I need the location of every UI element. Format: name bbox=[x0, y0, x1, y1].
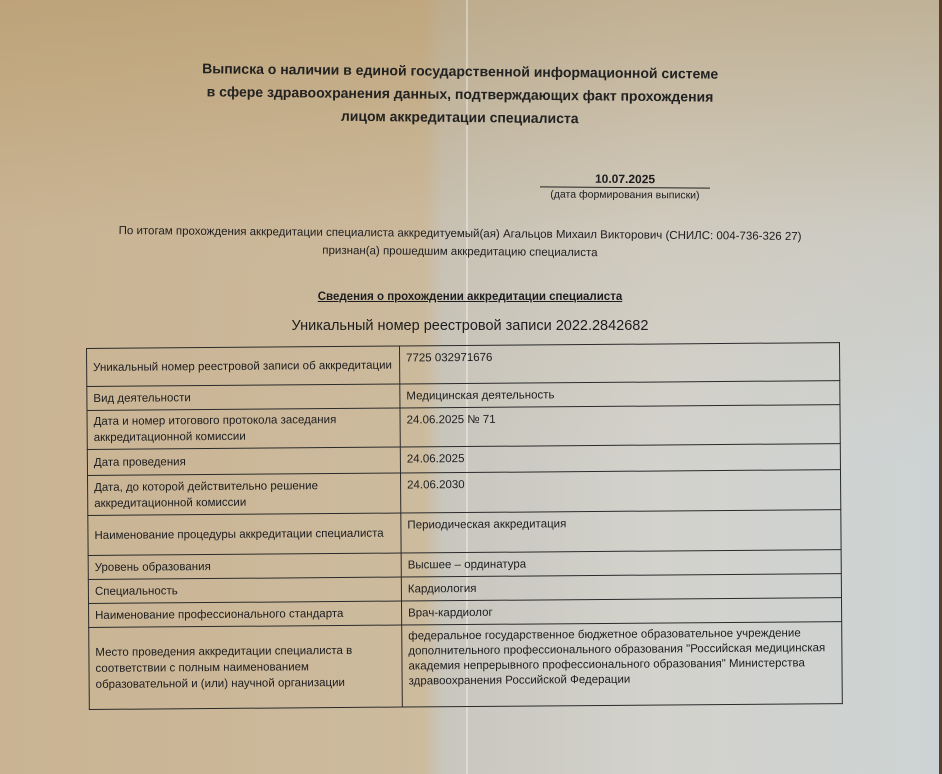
row-label: Дата и номер итогового протокола заседан… bbox=[87, 408, 400, 449]
table-row: Уникальный номер реестровой записи об ак… bbox=[87, 343, 840, 387]
registry-number: Уникальный номер реестровой записи 2022.… bbox=[260, 318, 680, 334]
table-row: Наименование процедуры аккредитации спец… bbox=[88, 510, 841, 556]
row-label: Вид деятельности bbox=[87, 384, 400, 410]
row-label: Наименование процедуры аккредитации спец… bbox=[88, 513, 401, 555]
row-label: Дата проведения bbox=[87, 447, 400, 475]
row-value: Периодическая аккредитация bbox=[401, 510, 841, 553]
row-label: Дата, до которой действительно решение а… bbox=[88, 473, 401, 515]
table-row: Дата, до которой действительно решение а… bbox=[88, 470, 841, 516]
extract-date-caption: (дата формирования выписки) bbox=[540, 188, 710, 201]
document-title: Выписка о наличии в единой государственн… bbox=[200, 57, 721, 131]
table-row: Дата и номер итогового протокола заседан… bbox=[87, 405, 840, 450]
table-row: Место проведения аккредитации специалист… bbox=[89, 622, 843, 710]
document-page: Выписка о наличии в единой государственн… bbox=[0, 0, 942, 774]
row-value: 7725 032971676 bbox=[399, 343, 839, 384]
row-label: Место проведения аккредитации специалист… bbox=[89, 625, 403, 709]
row-value: 24.06.2025 bbox=[400, 444, 840, 473]
row-value: 24.06.2025 № 71 bbox=[400, 405, 840, 447]
row-label: Уникальный номер реестровой записи об ак… bbox=[87, 346, 400, 386]
row-label: Наименование профессионального стандарта bbox=[89, 601, 402, 627]
row-value: Врач-кардиолог bbox=[401, 598, 841, 625]
row-value: 24.06.2030 bbox=[400, 470, 840, 513]
extract-date: 10.07.2025 bbox=[540, 171, 710, 188]
row-value: Медицинская деятельность bbox=[400, 381, 840, 408]
row-value: Высшее – ординатура bbox=[401, 550, 841, 577]
row-value: Кардиология bbox=[401, 574, 841, 601]
date-block: 10.07.2025 (дата формирования выписки) bbox=[540, 171, 710, 201]
row-label: Специальность bbox=[88, 577, 401, 603]
row-value: федеральное государственное бюджетное об… bbox=[402, 622, 843, 707]
intro-text: По итогам прохождения аккредитации специ… bbox=[80, 222, 840, 265]
section-heading: Сведения о прохождении аккредитации спец… bbox=[300, 291, 640, 303]
row-label: Уровень образования bbox=[88, 553, 401, 579]
accreditation-table: Уникальный номер реестровой записи об ак… bbox=[86, 342, 843, 710]
